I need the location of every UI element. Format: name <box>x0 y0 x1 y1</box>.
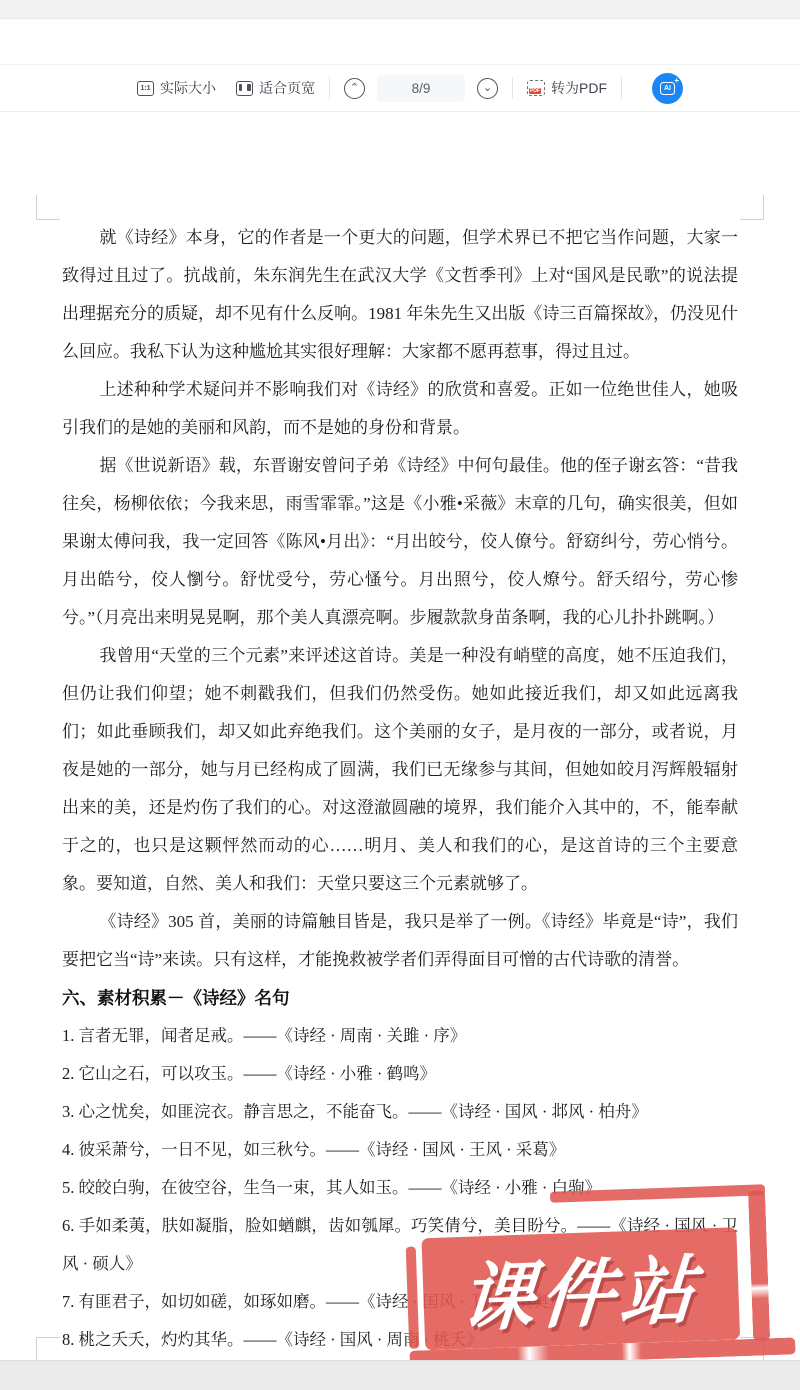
quote-item: 7. 有匪君子，如切如磋，如琢如磨。——《诗经 · 国风 · 卫风 · 淇奥》 <box>62 1283 738 1321</box>
actual-size-button[interactable]: 1:1 实际大小 <box>137 78 216 98</box>
page-corner-top-left <box>36 195 60 220</box>
quote-item: 2. 它山之石，可以攻玉。——《诗经 · 小雅 · 鹤鸣》 <box>62 1055 738 1093</box>
quote-item: 6. 手如柔荑，肤如凝脂，脸如蝤麒，齿如瓠犀。巧笑倩兮，美目盼兮。——《诗经 ·… <box>62 1207 738 1283</box>
actual-size-label: 实际大小 <box>160 78 216 98</box>
fit-width-button[interactable]: 适合页宽 <box>236 78 315 98</box>
paragraph: 我曾用“天堂的三个元素”来评述这首诗。美是一种没有峭壁的高度，她不压迫我们，但仍… <box>62 637 738 903</box>
quote-item: 8. 桃之夭夭，灼灼其华。——《诗经 · 国风 · 周南 · 桃夭》 <box>62 1321 738 1359</box>
convert-to-pdf-label: 转为PDF <box>551 78 607 98</box>
paragraph: 《诗经》305 首，美丽的诗篇触目皆是，我只是举了一例。《诗经》毕竟是“诗”，我… <box>62 903 738 979</box>
toolbar-divider <box>621 77 622 99</box>
ai-plus-icon: + <box>674 77 679 85</box>
viewer-toolbar: 1:1 实际大小 适合页宽 ⌃ 8/9 ⌄ PDF 转为PDF AI + <box>0 64 800 112</box>
page-corner-bottom-left <box>36 1337 60 1362</box>
toolbar-divider <box>329 77 330 99</box>
viewer-background-bottom <box>0 1360 800 1390</box>
document-viewer: 1:1 实际大小 适合页宽 ⌃ 8/9 ⌄ PDF 转为PDF AI + 就《诗… <box>0 0 800 1390</box>
quote-item: 5. 皎皎白驹，在彼空谷，生刍一束，其人如玉。——《诗经 · 小雅 · 白驹》 <box>62 1169 738 1207</box>
convert-to-pdf-button[interactable]: PDF 转为PDF <box>527 78 607 98</box>
page-corner-top-right <box>740 195 764 220</box>
fit-width-icon <box>236 81 253 96</box>
paragraph: 据《世说新语》载，东晋谢安曾问子弟《诗经》中何句最佳。他的侄子谢玄答：“昔我往矣… <box>62 447 738 637</box>
quote-item: 4. 彼采萧兮，一日不见，如三秋兮。——《诗经 · 国风 · 王风 · 采葛》 <box>62 1131 738 1169</box>
ai-assistant-button[interactable]: AI + <box>652 73 683 104</box>
section-heading: 六、素材积累－《诗经》名句 <box>62 979 738 1017</box>
page-indicator[interactable]: 8/9 <box>377 75 465 102</box>
paragraph: 上述种种学术疑问并不影响我们对《诗经》的欣赏和喜爱。正如一位绝世佳人，她吸引我们… <box>62 371 738 447</box>
pdf-icon: PDF <box>527 80 545 96</box>
actual-size-icon: 1:1 <box>137 81 154 96</box>
fit-width-label: 适合页宽 <box>259 78 315 98</box>
browser-top-strip <box>0 0 800 19</box>
next-page-button[interactable]: ⌄ <box>477 78 498 99</box>
toolbar-divider <box>512 77 513 99</box>
quote-item: 3. 心之忧矣，如匪浣衣。静言思之，不能奋飞。——《诗经 · 国风 · 邶风 ·… <box>62 1093 738 1131</box>
page-corner-bottom-right <box>740 1337 764 1362</box>
paragraph: 就《诗经》本身，它的作者是一个更大的问题，但学术界已不把它当作问题，大家一致得过… <box>62 219 738 371</box>
ai-icon: AI <box>660 82 675 95</box>
previous-page-button[interactable]: ⌃ <box>344 78 365 99</box>
document-content: 就《诗经》本身，它的作者是一个更大的问题，但学术界已不把它当作问题，大家一致得过… <box>62 219 738 1359</box>
quote-item: 1. 言者无罪，闻者足戒。——《诗经 · 周南 · 关雎 · 序》 <box>62 1017 738 1055</box>
